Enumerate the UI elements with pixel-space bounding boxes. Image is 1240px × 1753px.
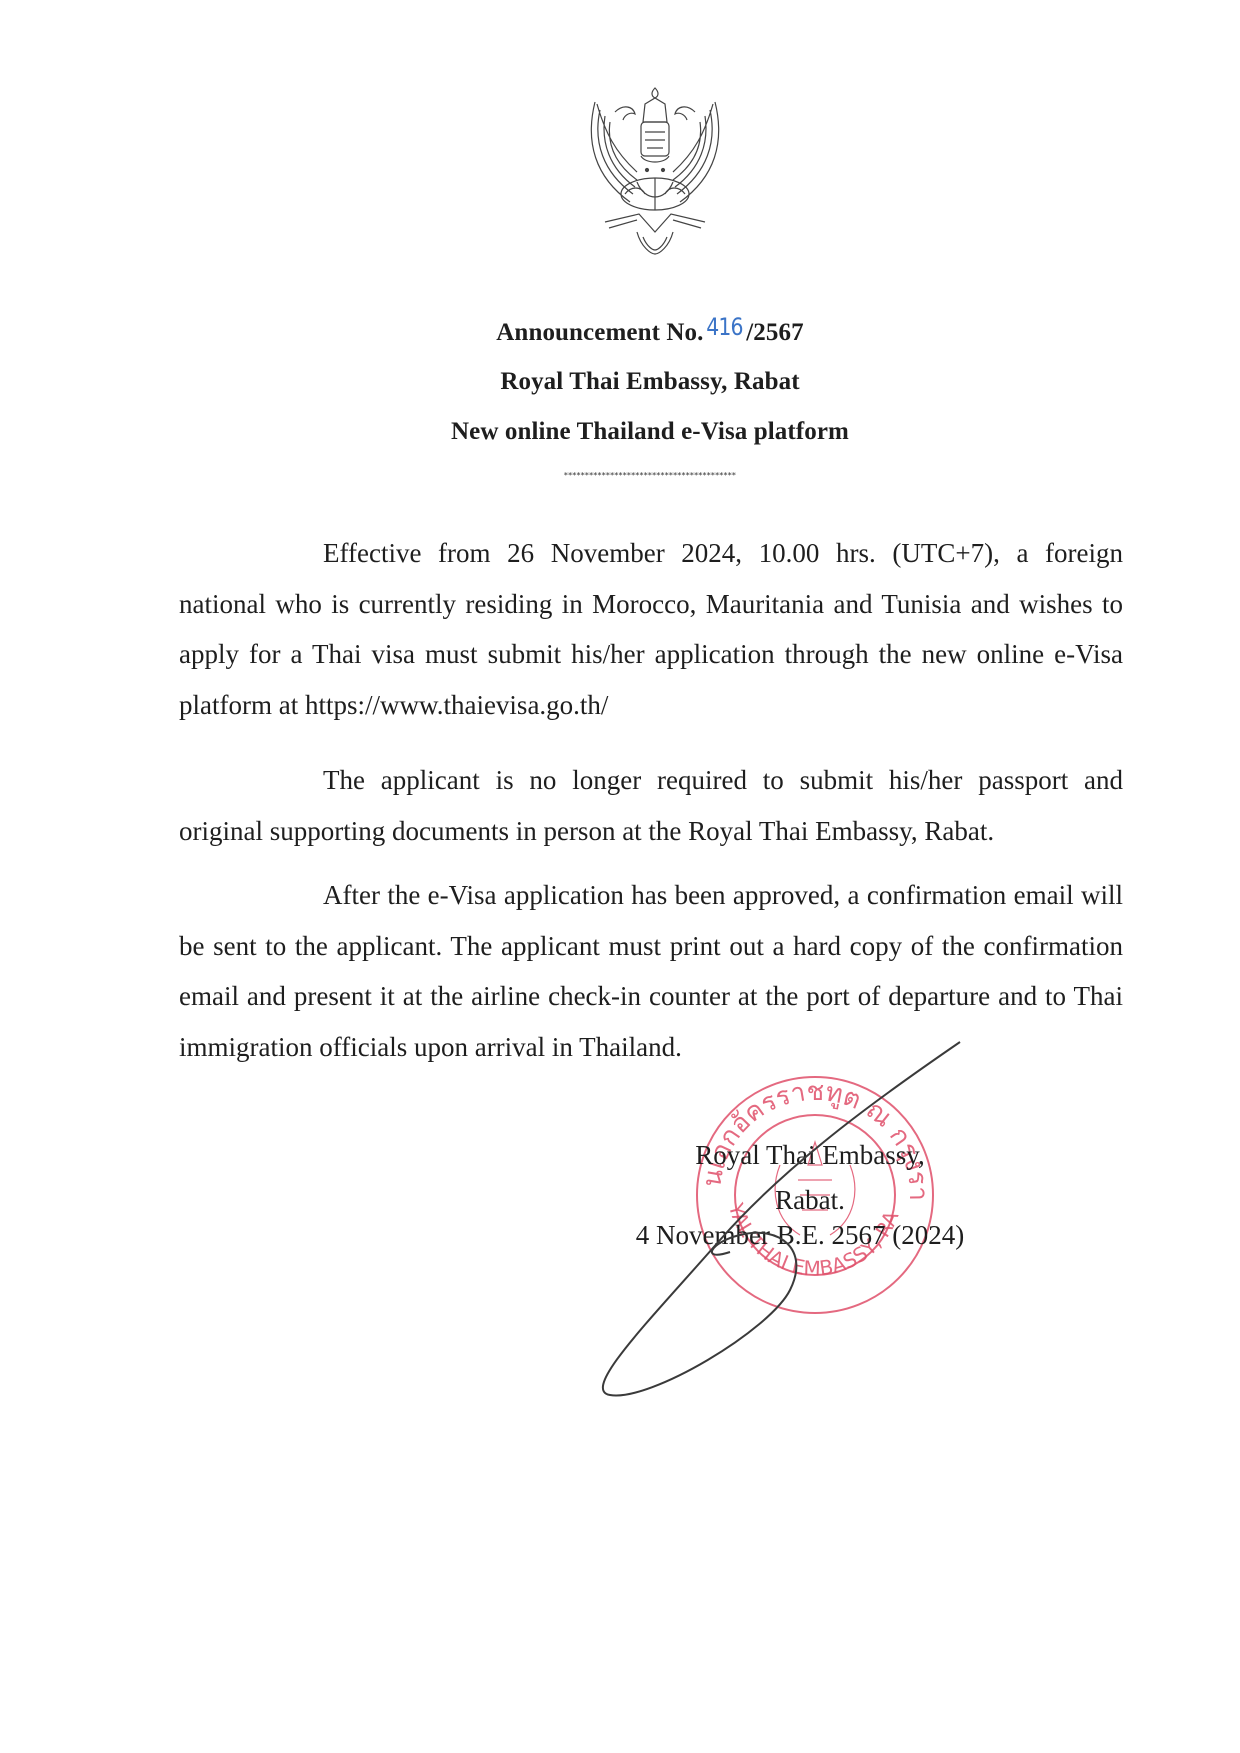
paragraph-text: After the e-Visa application has been ap… bbox=[179, 870, 1123, 1072]
paragraph-effective-date: Effective from 26 November 2024, 10.00 h… bbox=[179, 528, 1123, 730]
title-prefix: Announcement No. bbox=[496, 319, 703, 346]
announcement-title: Announcement No.416/2567 bbox=[0, 318, 1240, 347]
issuer-heading: Royal Thai Embassy, Rabat bbox=[0, 368, 1240, 396]
paragraph-no-passport: The applicant is no longer required to s… bbox=[179, 755, 1123, 856]
svg-text:สถานเอกอัครราชทูต ณ กรุงราบัต: สถานเอกอัครราชทูต ณ กรุงราบัต bbox=[690, 1070, 933, 1201]
subject-heading: New online Thailand e-Visa platform bbox=[0, 418, 1240, 446]
title-suffix: /2567 bbox=[746, 319, 803, 346]
handwritten-number: 416 bbox=[707, 313, 743, 341]
signature-city: Rabat. bbox=[620, 1185, 1000, 1216]
signature-embassy: Royal Thai Embassy, bbox=[620, 1140, 1000, 1171]
paragraph-text: The applicant is no longer required to s… bbox=[179, 755, 1123, 856]
paragraph-text: Effective from 26 November 2024, 10.00 h… bbox=[179, 528, 1123, 730]
separator: ****************************************… bbox=[500, 471, 800, 480]
stamp-thai-text: สถานเอกอัครราชทูต ณ กรุงราบัต bbox=[690, 1070, 933, 1201]
document-page: Announcement No.416/2567 Royal Thai Emba… bbox=[0, 0, 1240, 1753]
garuda-emblem-icon bbox=[575, 82, 735, 257]
signature-date: 4 November B.E. 2567 (2024) bbox=[590, 1220, 1010, 1251]
paragraph-confirmation: After the e-Visa application has been ap… bbox=[179, 870, 1123, 1072]
